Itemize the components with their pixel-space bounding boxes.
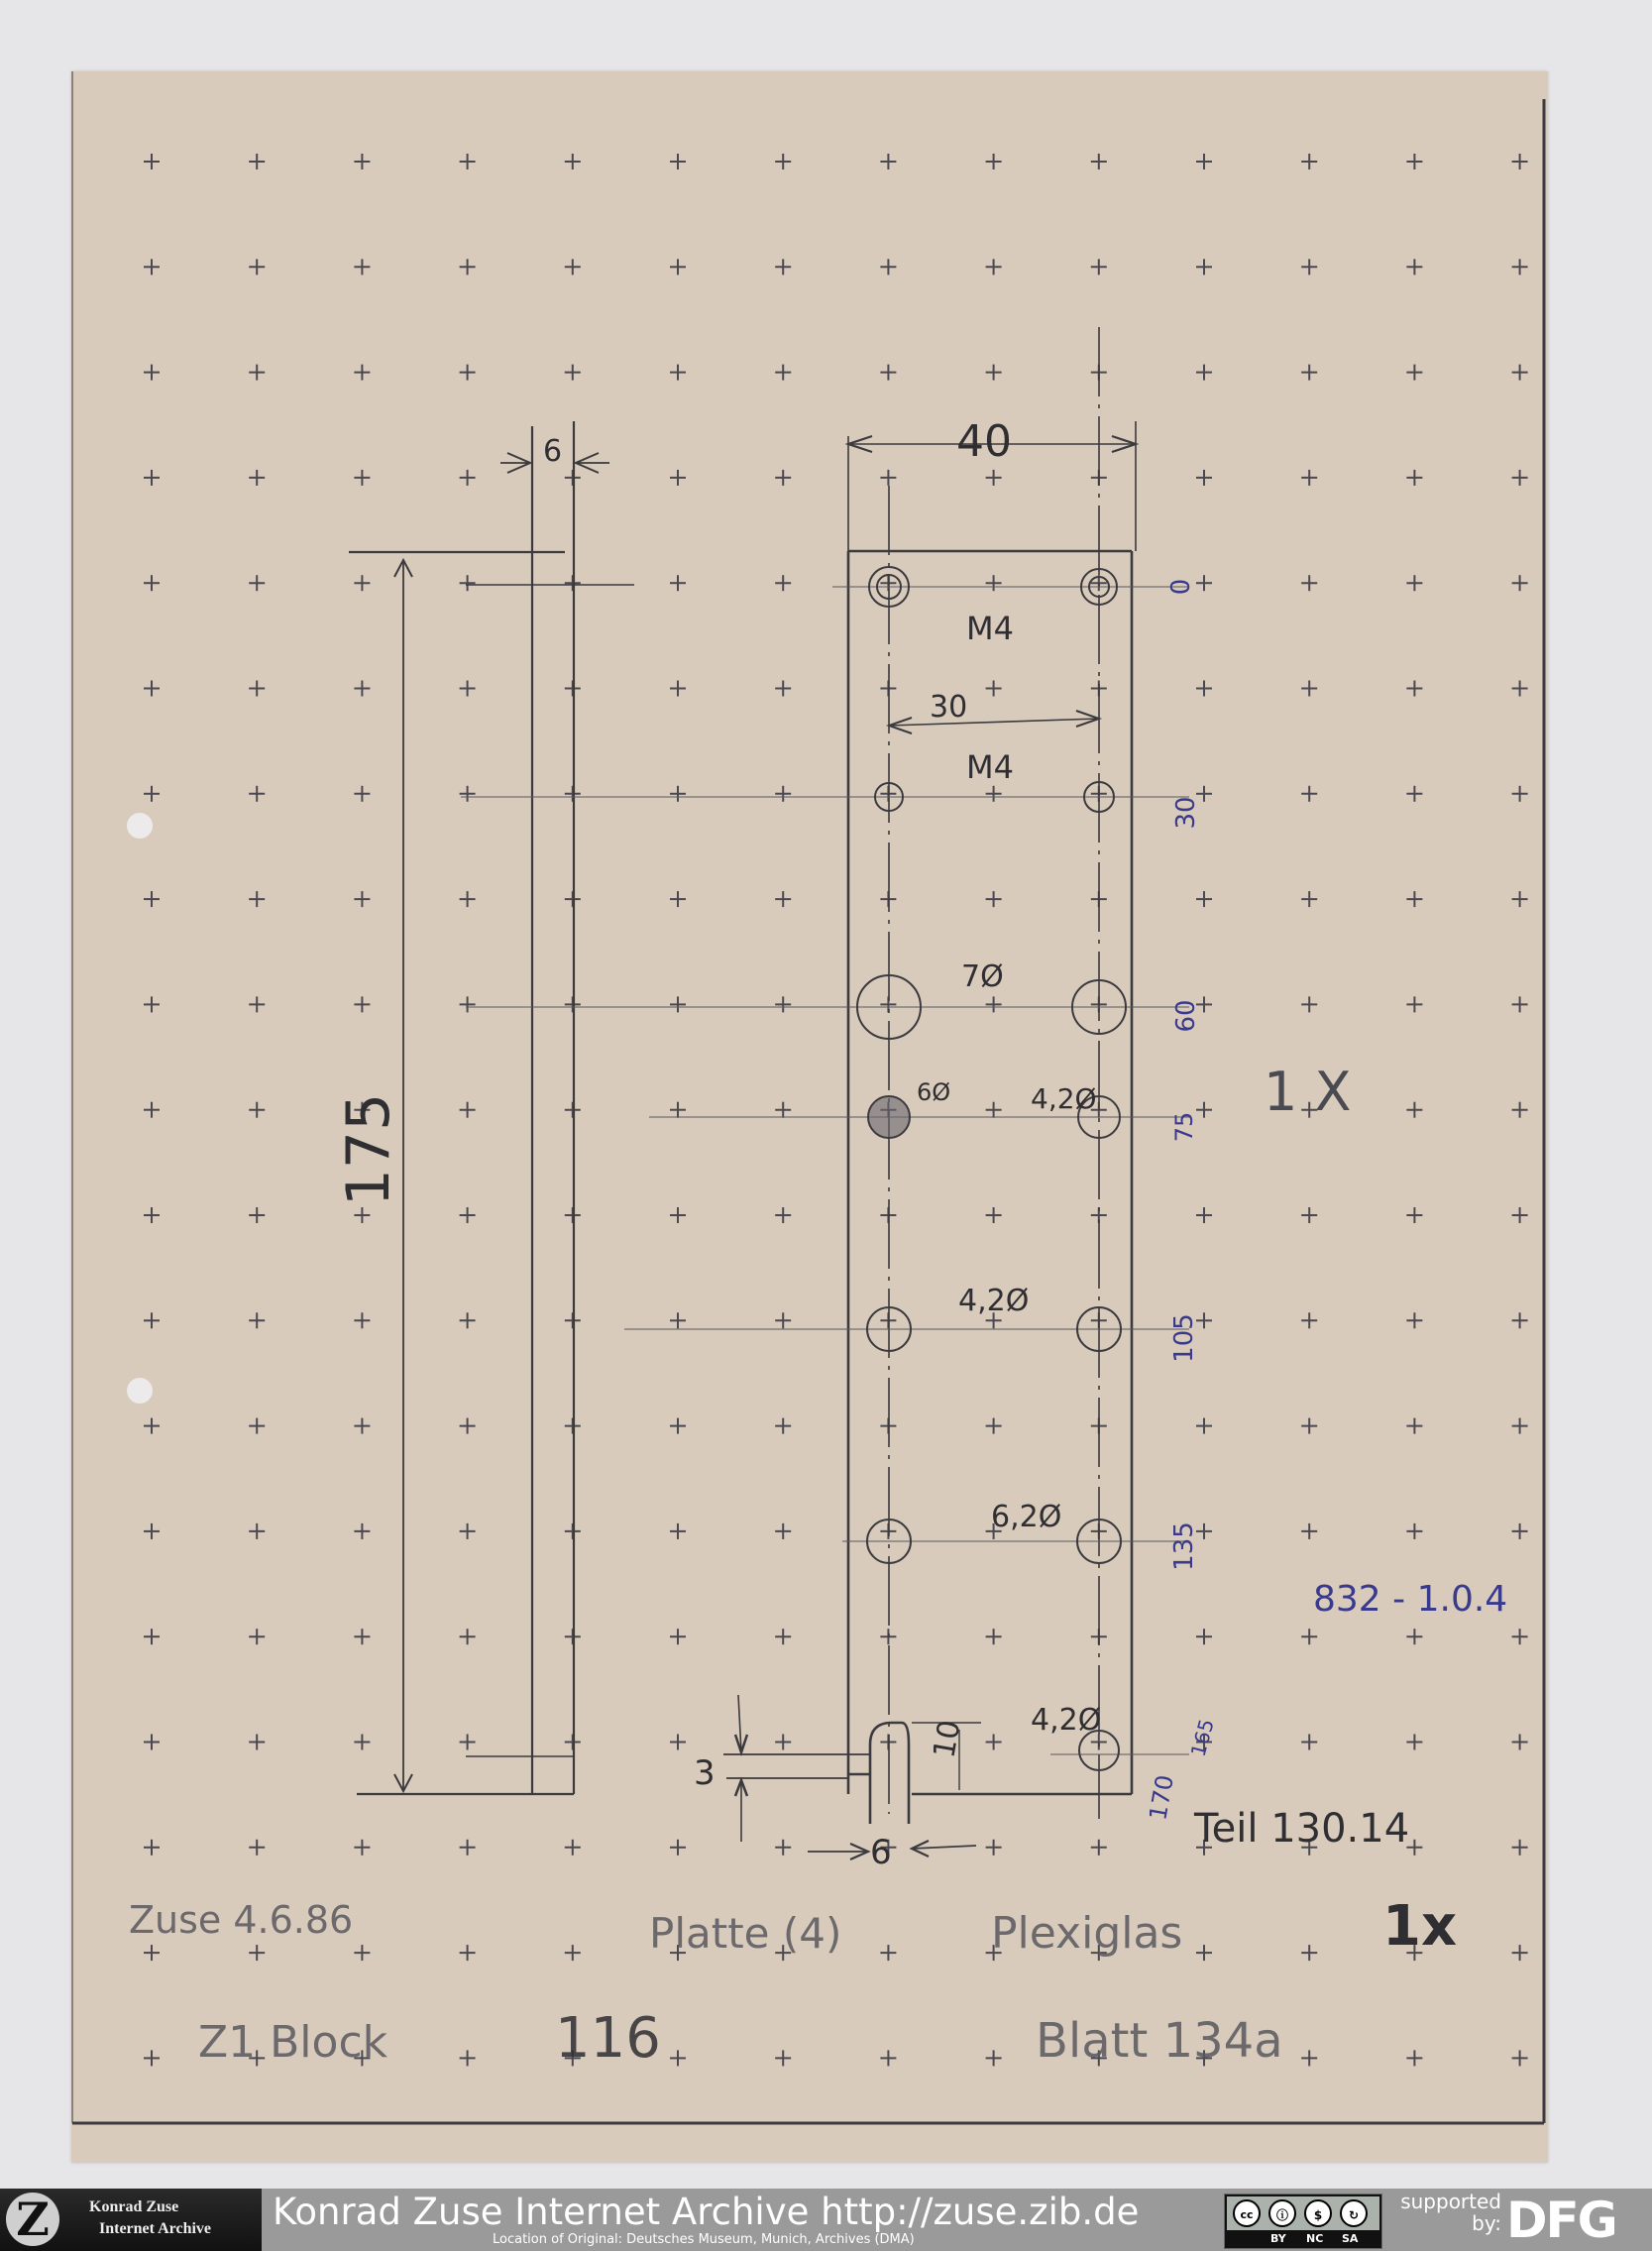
- binder-hole-bottom: [127, 1378, 153, 1404]
- archive-title-link[interactable]: Konrad Zuse Internet Archive http://zuse…: [273, 2191, 1139, 2233]
- cc-license-badge[interactable]: cc ⓘ $ ↻ BY NC SA: [1224, 2194, 1382, 2249]
- m4-label-second: M4: [966, 748, 1014, 786]
- material: Plexiglas: [991, 1908, 1182, 1959]
- by-icon: ⓘ: [1268, 2199, 1296, 2227]
- logo-line-2: Internet Archive: [99, 2220, 211, 2238]
- sheet: Blatt 134a: [1036, 2013, 1283, 2069]
- thickness-label: 6: [543, 434, 562, 469]
- stamp-number: 832 - 1.0.4: [1313, 1579, 1507, 1620]
- width-label: 40: [956, 416, 1012, 467]
- d62-label: 6,2Ø: [991, 1500, 1061, 1534]
- sa-icon: ↻: [1340, 2199, 1368, 2227]
- part-name: Platte (4): [649, 1909, 841, 1958]
- nc-icon: $: [1304, 2199, 1332, 2227]
- cc-icon: cc: [1233, 2199, 1261, 2227]
- logo-line-1: Konrad Zuse: [89, 2198, 178, 2216]
- pos-170: 170: [1144, 1773, 1179, 1823]
- construction-lines: [461, 587, 1189, 1754]
- block-number: 116: [555, 2006, 661, 2071]
- slot-depth-label: 10: [927, 1718, 967, 1761]
- by-label: BY: [1270, 2232, 1286, 2245]
- d42-label-c: 4,2Ø: [1031, 1703, 1101, 1738]
- step-label: 3: [694, 1753, 716, 1793]
- d7-label: 7Ø: [961, 959, 1004, 994]
- slot-width-label: 6: [870, 1833, 892, 1872]
- binder-hole-top: [127, 813, 153, 839]
- cc-badge-top: cc ⓘ $ ↻: [1227, 2196, 1379, 2230]
- location-of-original: Location of Original: Deutsches Museum, …: [493, 2232, 915, 2247]
- pos-30: 30: [1171, 796, 1201, 829]
- part-ref: Teil 130.14: [1193, 1806, 1409, 1852]
- pencil-labels: 40 30 M4 M4 7Ø 6Ø 4,2Ø 4,2Ø 6,2Ø 4,2Ø 10…: [694, 416, 1457, 1959]
- technical-drawing: 6 175: [0, 0, 1652, 2189]
- length-label: 175: [334, 1093, 403, 1207]
- d6-label: 6Ø: [917, 1078, 950, 1106]
- signature: Zuse 4.6.86: [129, 1898, 353, 1942]
- dfg-logo[interactable]: DFG: [1506, 2193, 1616, 2248]
- m4-label-top: M4: [966, 610, 1014, 647]
- nc-label: NC: [1306, 2232, 1323, 2245]
- pos-165: 165: [1186, 1717, 1219, 1759]
- archive-logo[interactable]: Z Konrad Zuse Internet Archive: [0, 2189, 262, 2251]
- pos-105: 105: [1169, 1313, 1199, 1363]
- supported-by-text: supported by:: [1387, 2191, 1501, 2234]
- pos-135: 135: [1169, 1521, 1199, 1571]
- pos-75: 75: [1170, 1112, 1198, 1143]
- d42-label-b: 4,2Ø: [958, 1284, 1029, 1318]
- title-block: Zuse 4.6.86 Platte (4) Plexiglas Z1 Bloc…: [129, 1898, 1283, 2071]
- archive-footer: Z Konrad Zuse Internet Archive Konrad Zu…: [0, 2189, 1652, 2251]
- block: Z1 Block: [198, 2017, 388, 2068]
- sa-label: SA: [1342, 2232, 1358, 2245]
- d42-label-a: 4,2Ø: [1031, 1082, 1097, 1115]
- hole-spacing-label: 30: [930, 690, 967, 725]
- pos-60: 60: [1171, 999, 1201, 1032]
- quantity-label: 1x: [1382, 1894, 1457, 1959]
- z-logo-icon: Z: [6, 2193, 59, 2246]
- pos-0: 0: [1166, 579, 1196, 596]
- quantity-side-label: 1 X: [1264, 1061, 1352, 1123]
